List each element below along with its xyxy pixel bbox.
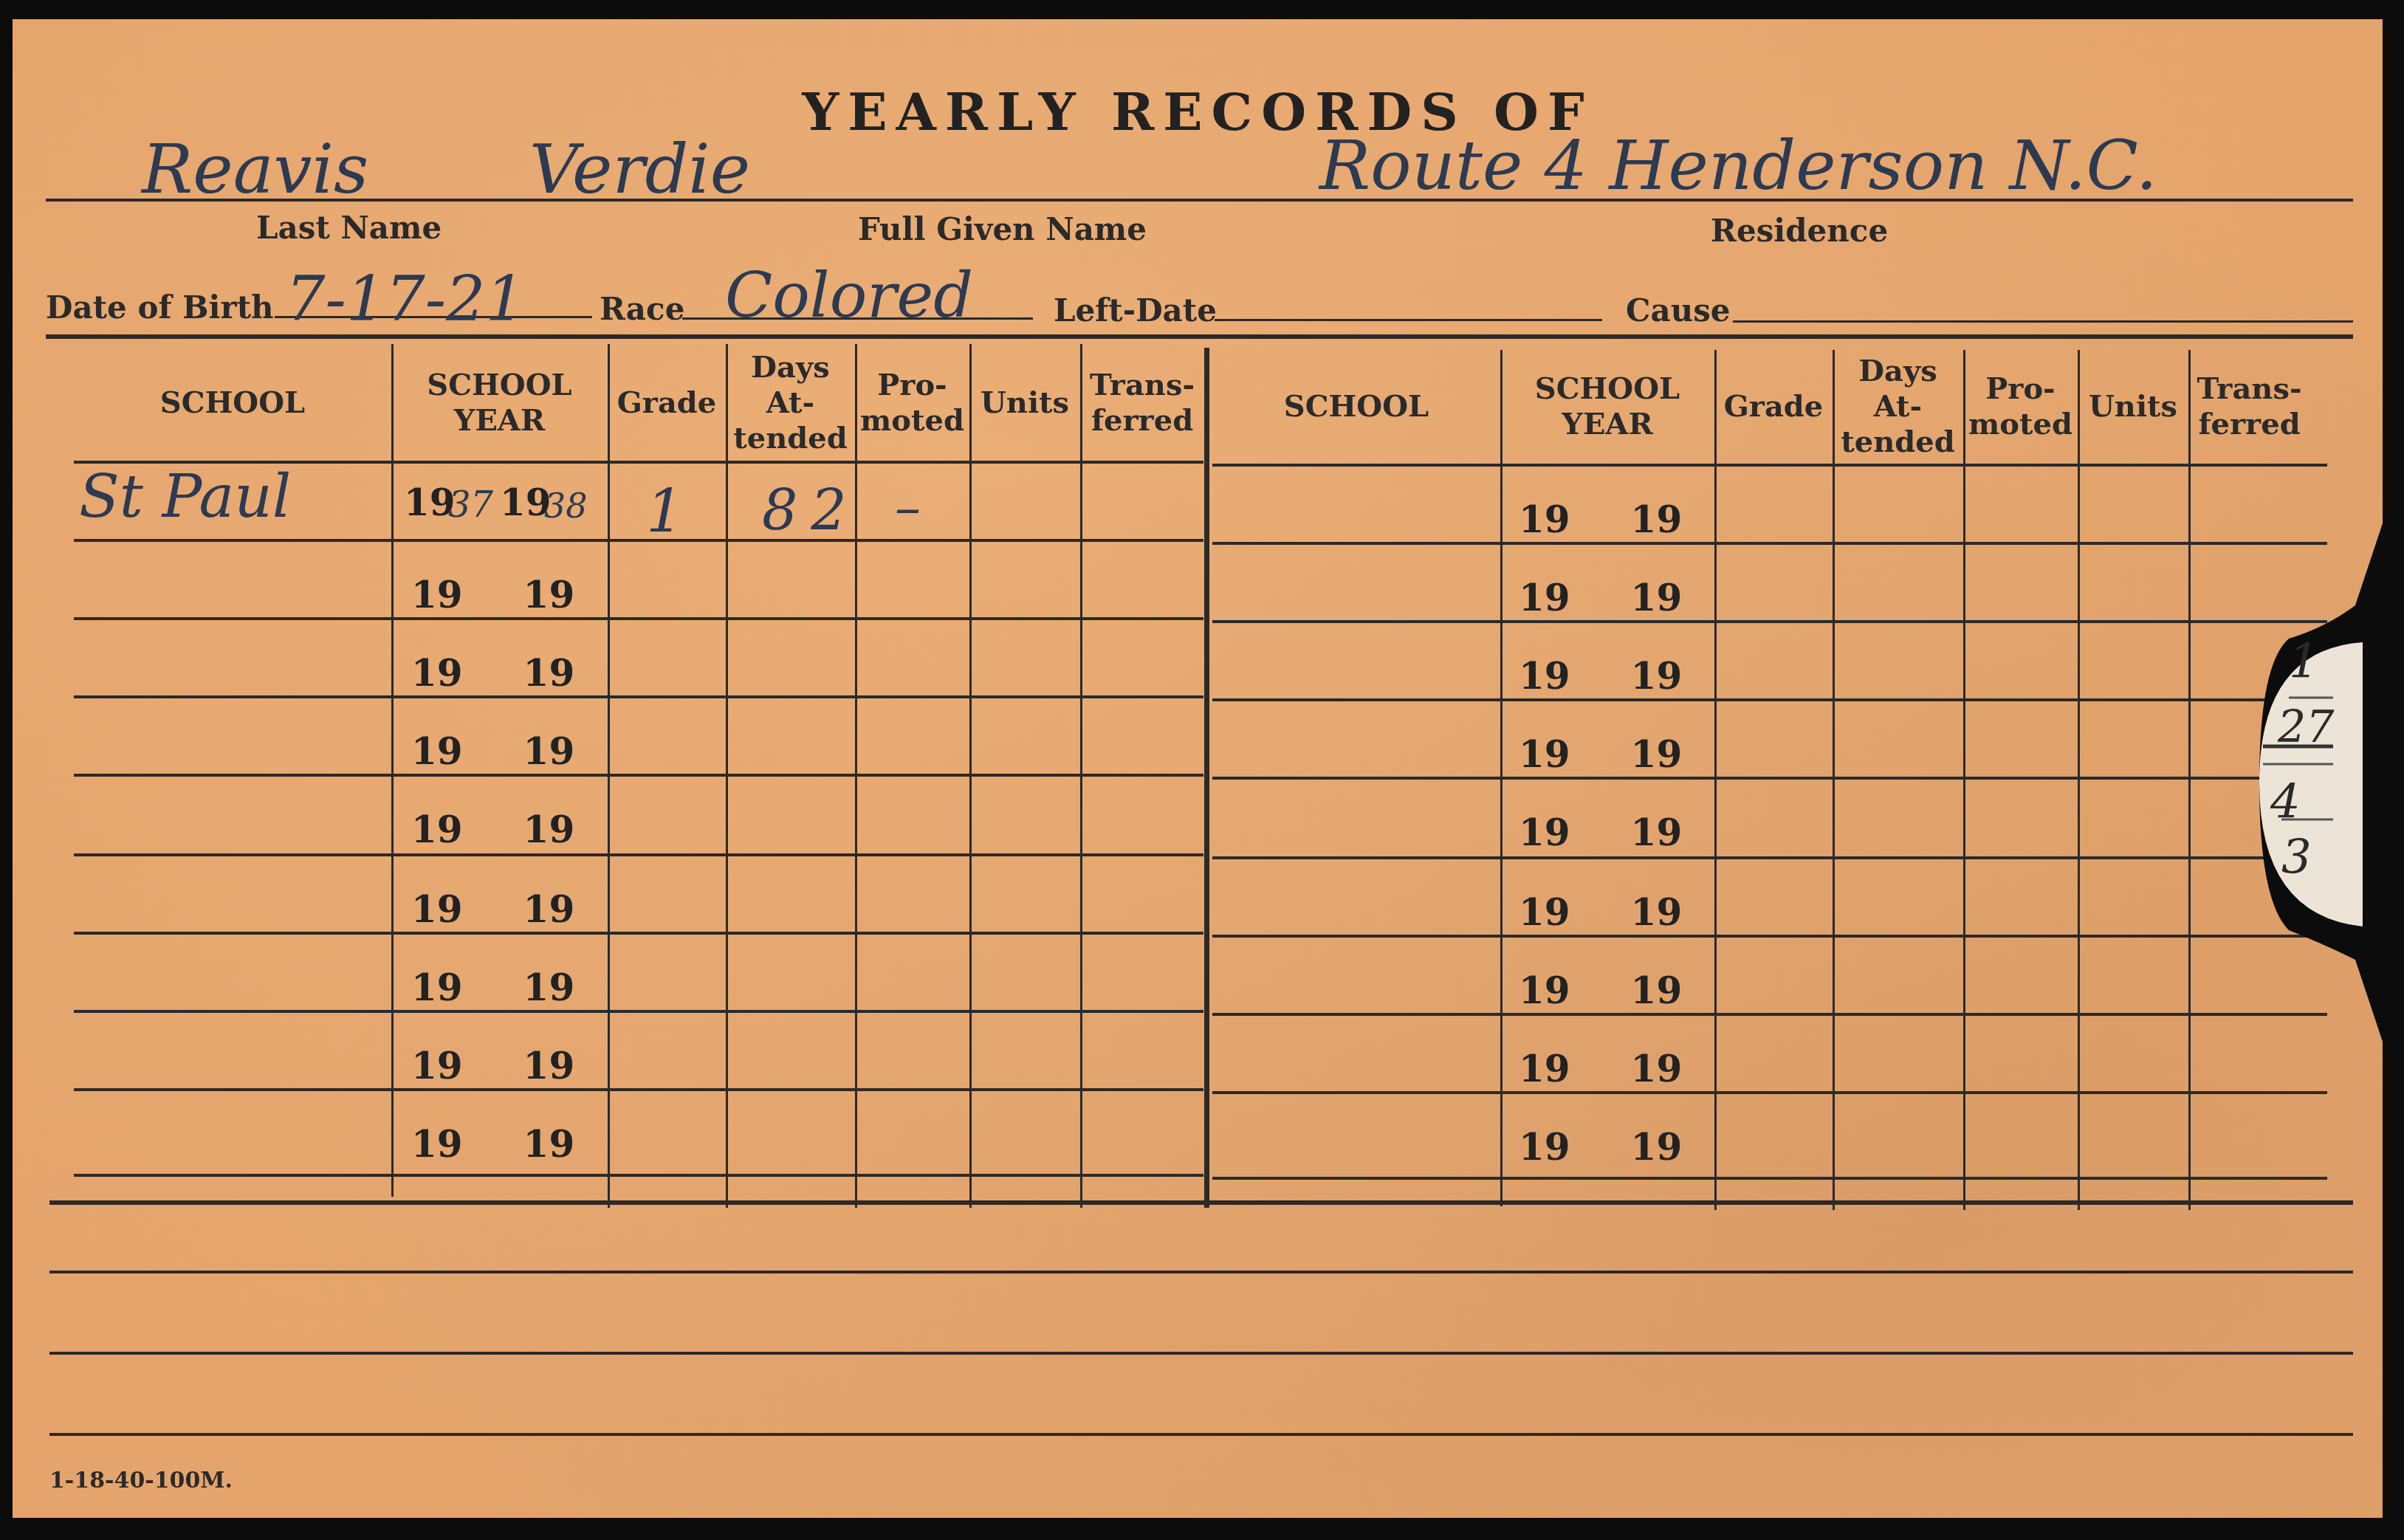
- year-prefix: 1919: [1519, 1125, 1682, 1169]
- row-line: [1212, 777, 2327, 780]
- record-card: YEARLY RECORDS OF Reavis Verdie Route 4 …: [13, 19, 2383, 1518]
- notes-line: [49, 1352, 2353, 1355]
- col-divider: [2078, 350, 2080, 1210]
- left-date-label: Left-Date: [1054, 292, 1217, 329]
- tab-number: 27: [2278, 701, 2334, 753]
- col-divider: [1833, 350, 1835, 1210]
- row-line: [74, 1088, 1203, 1091]
- header-school-year-right: SCHOOL YEAR: [1500, 348, 1714, 466]
- dob-value: 7-17-21: [286, 263, 525, 335]
- year-prefix: 1919: [1519, 498, 1682, 541]
- last-name-label: Last Name: [256, 210, 442, 246]
- col-divider: [391, 344, 394, 1197]
- row-line: [74, 539, 1203, 542]
- header-transferred: Trans- ferred: [1080, 344, 1204, 462]
- left-date-line: [1215, 319, 1602, 321]
- year-prefix: 1919: [411, 887, 574, 931]
- year-prefix: 1919: [1519, 732, 1682, 776]
- row-line: [74, 1010, 1203, 1013]
- header-school: SCHOOL: [74, 344, 391, 462]
- card-notch: [2245, 517, 2404, 1048]
- year-prefix: 1919: [411, 729, 574, 773]
- header-promoted-right: Pro- moted: [1963, 348, 2078, 466]
- year-prefix: 1919: [1519, 890, 1682, 934]
- row-line: [1212, 1177, 2327, 1180]
- row-line: [74, 932, 1203, 935]
- tab-number: 4: [2270, 775, 2301, 830]
- tab-number: 1: [2289, 635, 2319, 690]
- table-bottom-rule: [49, 1200, 2353, 1205]
- header-units-right: Units: [2078, 348, 2188, 466]
- year-prefix: 1919: [1519, 576, 1682, 619]
- header-school-right: SCHOOL: [1212, 348, 1500, 466]
- row-line: [74, 617, 1203, 620]
- header-school-year: SCHOOL YEAR: [391, 344, 608, 462]
- year-prefix: 1919: [411, 1044, 574, 1087]
- row-line: [1212, 856, 2327, 859]
- residence-value: Route 4 Henderson N.C.: [1319, 126, 2157, 205]
- header-grade: Grade: [608, 344, 726, 462]
- row-line: [1212, 698, 2327, 701]
- col-divider: [1714, 350, 1717, 1210]
- row1-school: St Paul: [79, 462, 291, 531]
- row1-promoted: –: [895, 477, 921, 537]
- row-line: [1212, 1013, 2327, 1016]
- col-divider: [2188, 350, 2191, 1210]
- year-prefix: 1919: [411, 651, 574, 695]
- dob-label: Date of Birth: [46, 289, 274, 326]
- row1-days-attended: 82: [762, 477, 860, 543]
- residence-label: Residence: [1711, 213, 1888, 249]
- race-label: Race: [600, 291, 684, 327]
- year-prefix: 1919: [411, 808, 574, 851]
- header-days-attended: Days At- tended: [726, 344, 855, 462]
- row-line: [74, 1174, 1203, 1177]
- row1-year-start: 37: [448, 484, 493, 526]
- row-line: [1212, 1091, 2327, 1094]
- row-line: [74, 774, 1203, 777]
- row-line: [74, 853, 1203, 856]
- race-value: Colored: [725, 259, 973, 331]
- year-prefix: 1919: [1519, 1047, 1682, 1090]
- header-units: Units: [969, 344, 1080, 462]
- year-prefix: 1919: [1519, 811, 1682, 854]
- year-prefix: 1919: [411, 966, 574, 1009]
- cause-line: [1733, 320, 2353, 323]
- row1-year-end: 38: [544, 486, 588, 526]
- header-promoted: Pro- moted: [855, 344, 969, 462]
- header-days-attended-right: Days At- tended: [1833, 348, 1963, 466]
- row-line: [1212, 464, 2327, 467]
- year-prefix: 1919: [1519, 654, 1682, 698]
- row1-grade: 1: [646, 477, 684, 546]
- tab-number: 3: [2281, 831, 2312, 885]
- cause-label: Cause: [1626, 292, 1731, 329]
- col-divider: [1963, 350, 1965, 1210]
- notes-line: [49, 1271, 2353, 1273]
- year-prefix: 1919: [411, 573, 574, 616]
- header-grade-right: Grade: [1714, 348, 1833, 466]
- last-name-value: Reavis: [142, 130, 368, 209]
- notes-line: [49, 1433, 2353, 1436]
- row-line: [1212, 935, 2327, 938]
- form-code: 1-18-40-100M.: [49, 1468, 233, 1493]
- year-prefix: 1919: [411, 1122, 574, 1166]
- center-divider: [1204, 348, 1209, 1208]
- year-prefix: 1919: [1519, 969, 1682, 1012]
- table-top-rule: [46, 334, 2353, 339]
- given-name-value: Verdie: [529, 130, 750, 209]
- row-line: [74, 695, 1203, 698]
- header-transferred-right: Trans- ferred: [2188, 348, 2310, 466]
- row-line: [1212, 542, 2327, 545]
- row-line: [1212, 620, 2327, 623]
- given-name-label: Full Given Name: [858, 211, 1147, 247]
